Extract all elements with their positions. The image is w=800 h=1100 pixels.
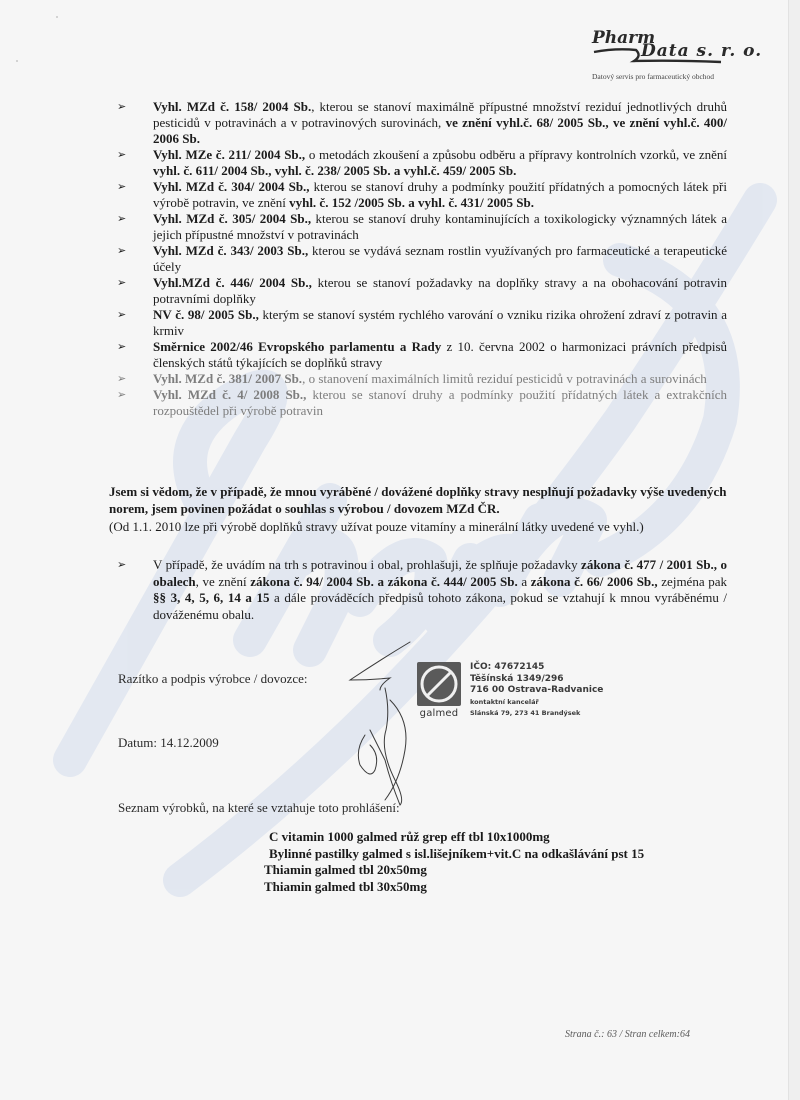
stamp-address: IČO: 47672145 Těšínská 1349/296 716 00 O… <box>470 662 603 720</box>
regulation-reference: vyhl. č. 611/ 2004 Sb., vyhl. č. 238/ 20… <box>153 163 516 178</box>
packaging-declaration-text: V případě, že uvádím na trh s potravinou… <box>153 557 727 622</box>
arrow-bullet-icon: ➢ <box>117 147 126 163</box>
regulation-item: ➢Vyhl. MZd č. 381/ 2007 Sb., o stanovení… <box>117 371 727 387</box>
galmed-emblem-icon <box>417 662 461 706</box>
compliance-notice: Jsem si vědom, že v případě, že mnou vyr… <box>109 483 739 535</box>
compliance-statement: Jsem si vědom, že v případě, že mnou vyr… <box>109 483 739 517</box>
arrow-bullet-icon: ➢ <box>117 211 126 227</box>
stamp-office-label: kontaktní kancelář <box>470 697 603 709</box>
regulation-reference: Vyhl.MZd č. 446/ 2004 Sb., <box>153 275 312 290</box>
regulation-reference: Vyhl. MZe č. 211/ 2004 Sb., <box>153 147 305 162</box>
products-list-label: Seznam výrobků, na které se vztahuje tot… <box>118 800 400 816</box>
scan-speck <box>16 60 18 62</box>
packaging-declaration: ➢ V případě, že uvádím na trh s potravin… <box>117 557 727 623</box>
pharmdata-logo-mark: Pharm Data s. r. o. <box>586 28 776 68</box>
company-stamp: galmed IČO: 47672145 Těšínská 1349/296 7… <box>414 662 604 726</box>
regulation-reference: Vyhl. MZd č. 343/ 2003 Sb., <box>153 243 308 258</box>
regulation-item: ➢Směrnice 2002/46 Evropského parlamentu … <box>117 339 727 371</box>
product-item: Bylinné pastilky galmed s isl.lišejníkem… <box>264 846 644 863</box>
regulation-reference: Vyhl. MZd č. 304/ 2004 Sb., <box>153 179 310 194</box>
compliance-note: (Od 1.1. 2010 lze při výrobě doplňků str… <box>109 518 739 535</box>
arrow-bullet-icon: ➢ <box>117 307 126 323</box>
stamp-city: 716 00 Ostrava-Radvanice <box>470 685 603 697</box>
galmed-brand-text: galmed <box>414 708 464 719</box>
regulation-reference: Směrnice 2002/46 Evropského parlamentu a… <box>153 339 441 354</box>
declaration-text: zejména pak <box>658 574 727 589</box>
arrow-bullet-icon: ➢ <box>117 387 126 403</box>
stamp-street: Těšínská 1349/296 <box>470 674 603 686</box>
regulation-item: ➢Vyhl. MZd č. 343/ 2003 Sb., kterou se v… <box>117 243 727 275</box>
scan-page-edge <box>788 0 800 1100</box>
regulation-description: , o stanovení maximálních limitů reziduí… <box>302 371 707 386</box>
regulation-item: ➢Vyhl. MZd č. 305/ 2004 Sb., kterou se s… <box>117 211 727 243</box>
arrow-bullet-icon: ➢ <box>117 557 126 574</box>
stamp-office-address: Slánská 79, 273 41 Brandýsek <box>470 708 603 720</box>
regulation-item: ➢Vyhl. MZd č. 304/ 2004 Sb., kterou se s… <box>117 179 727 211</box>
packaging-declaration-list: ➢ V případě, že uvádím na trh s potravin… <box>117 557 727 623</box>
products-list: C vitamin 1000 galmed růž grep eff tbl 1… <box>264 829 644 895</box>
regulation-item: ➢NV č. 98/ 2005 Sb., kterým se stanoví s… <box>117 307 727 339</box>
pharmdata-logo: Pharm Data s. r. o. Datový servis pro fa… <box>586 28 776 81</box>
regulation-item: ➢Vyhl. MZd č. 4/ 2008 Sb., kterou se sta… <box>117 387 727 419</box>
arrow-bullet-icon: ➢ <box>117 275 126 291</box>
product-item: Thiamin galmed tbl 30x50mg <box>264 879 644 896</box>
logo-tagline: Datový servis pro farmaceutický obchod <box>592 72 776 81</box>
page-footer: Strana č.: 63 / Stran celkem:64 <box>565 1029 690 1040</box>
regulation-reference: Vyhl. MZd č. 381/ 2007 Sb. <box>153 371 302 386</box>
galmed-logo: galmed <box>414 662 464 724</box>
regulation-reference: Vyhl. MZd č. 158/ 2004 Sb. <box>153 99 311 114</box>
scan-speck <box>56 16 58 18</box>
declaration-text: a <box>518 574 531 589</box>
arrow-bullet-icon: ➢ <box>117 243 126 259</box>
regulations-list: ➢Vyhl. MZd č. 158/ 2004 Sb., kterou se s… <box>117 99 727 419</box>
logo-word-data: Data s. r. o. <box>641 41 762 61</box>
regulation-description: o metodách zkoušení a způsobu odběru a p… <box>305 147 727 162</box>
law-reference: §§ 3, 4, 5, 6, 14 a 15 <box>153 590 269 605</box>
stamp-ico: IČO: 47672145 <box>470 662 603 674</box>
product-item: Thiamin galmed tbl 20x50mg <box>264 862 644 879</box>
product-item: C vitamin 1000 galmed růž grep eff tbl 1… <box>264 829 644 846</box>
arrow-bullet-icon: ➢ <box>117 99 126 115</box>
arrow-bullet-icon: ➢ <box>117 179 126 195</box>
declaration-text: V případě, že uvádím na trh s potravinou… <box>153 557 581 572</box>
arrow-bullet-icon: ➢ <box>117 339 126 355</box>
regulation-reference: Vyhl. MZd č. 4/ 2008 Sb., <box>153 387 306 402</box>
regulation-item: ➢Vyhl. MZd č. 158/ 2004 Sb., kterou se s… <box>117 99 727 147</box>
regulation-reference: NV č. 98/ 2005 Sb., <box>153 307 259 322</box>
date-field: Datum: 14.12.2009 <box>118 735 219 751</box>
law-reference: zákona č. 94/ 2004 Sb. a zákona č. 444/ … <box>250 574 518 589</box>
regulation-item: ➢Vyhl. MZe č. 211/ 2004 Sb., o metodách … <box>117 147 727 179</box>
stamp-signature-label: Razítko a podpis výrobce / dovozce: <box>118 671 308 687</box>
regulation-item: ➢Vyhl.MZd č. 446/ 2004 Sb., kterou se st… <box>117 275 727 307</box>
regulation-reference: Vyhl. MZd č. 305/ 2004 Sb., <box>153 211 311 226</box>
regulation-reference: vyhl. č. 152 /2005 Sb. a vyhl. č. 431/ 2… <box>289 195 534 210</box>
arrow-bullet-icon: ➢ <box>117 371 126 387</box>
declaration-text: , ve znění <box>196 574 251 589</box>
law-reference: zákona č. 66/ 2006 Sb., <box>531 574 658 589</box>
